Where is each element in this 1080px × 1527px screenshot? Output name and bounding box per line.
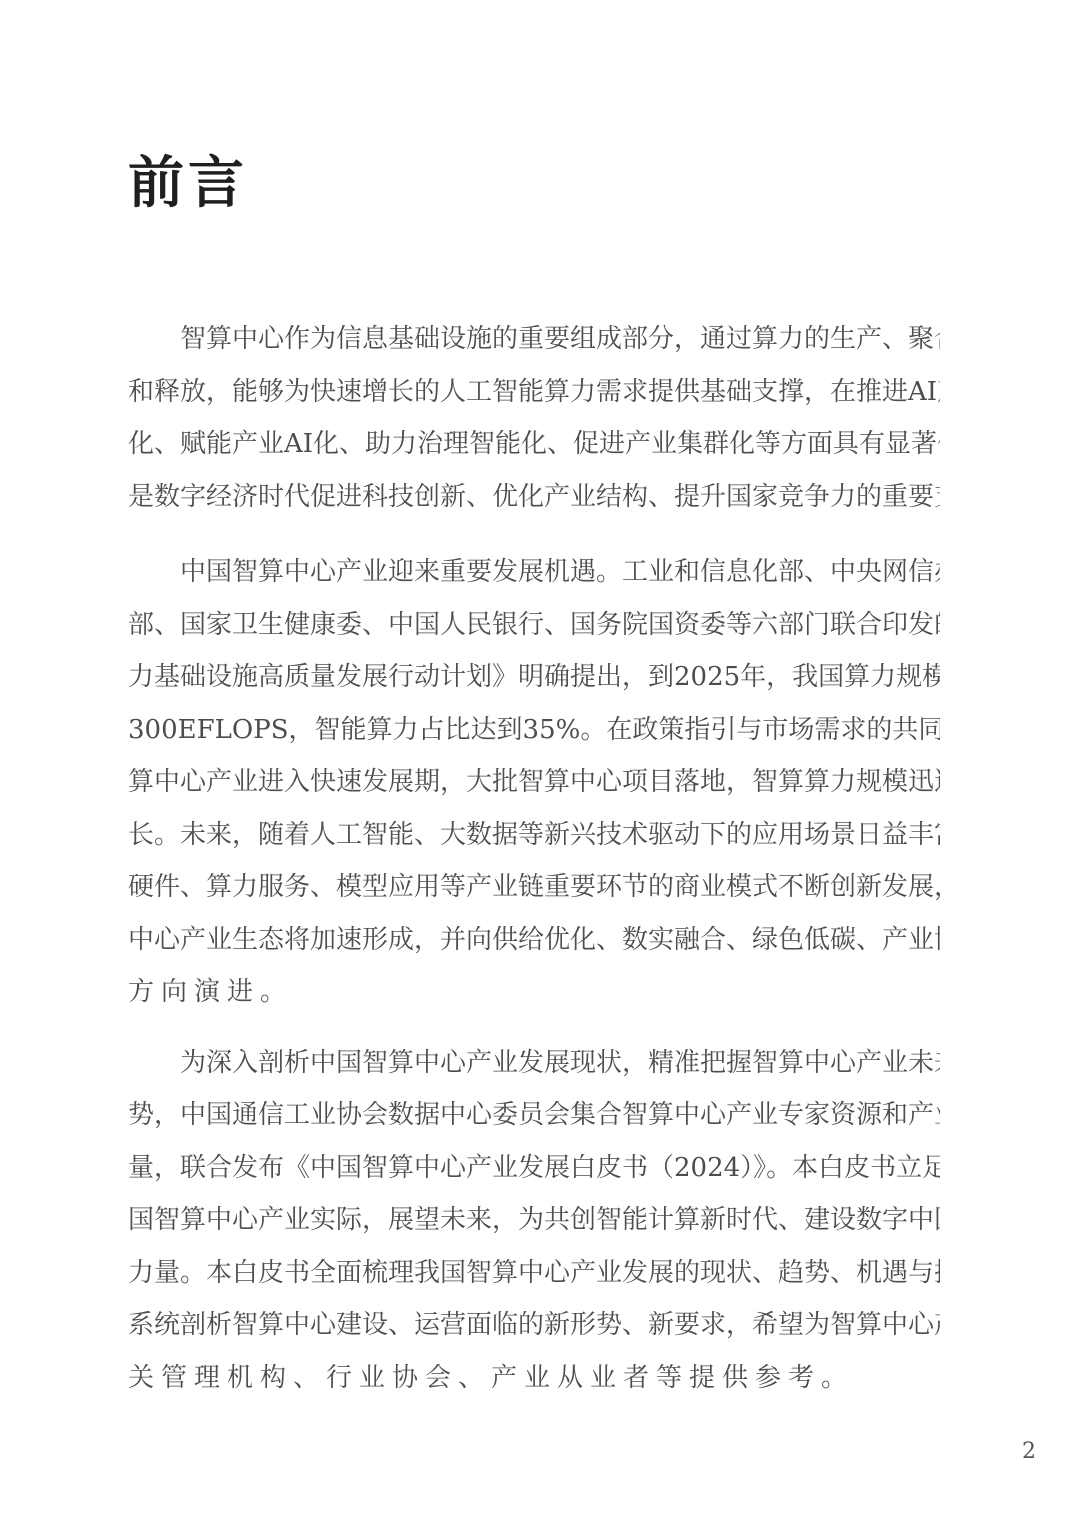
text-line: 长。未来，随着人工智能、大数据等新兴技术驱动下的应用场景日益丰富，AI	[128, 809, 940, 862]
text-line: 硬件、算力服务、模型应用等产业链重要环节的商业模式不断创新发展，智算	[128, 861, 940, 914]
text-line: 化、赋能产业AI化、助力治理智能化、促进产业集群化等方面具有显著作用，	[128, 418, 940, 471]
text-line: 国智算中心产业实际，展望未来，为共创智能计算新时代、建设数字中国贡献	[128, 1194, 940, 1247]
text-line: 势，中国通信工业协会数据中心委员会集合智算中心产业专家资源和产业链力	[128, 1089, 940, 1142]
text-line: 部、国家卫生健康委、中国人民银行、国务院国资委等六部门联合印发的《算	[128, 599, 940, 652]
text-line: 是数字经济时代促进科技创新、优化产业结构、提升国家竞争力的重要支撑。	[128, 471, 940, 524]
text-line: 中国智算中心产业迎来重要发展机遇。工业和信息化部、中央网信办、教育	[128, 546, 940, 599]
text-line: 系统剖析智算中心建设、运营面临的新形势、新要求，希望为智算中心产业相	[128, 1299, 940, 1352]
text-line: 算中心产业进入快速发展期，大批智算中心项目落地，智算算力规模迅速增	[128, 756, 940, 809]
paragraph: 中国智算中心产业迎来重要发展机遇。工业和信息化部、中央网信办、教育 部、国家卫生…	[128, 546, 940, 1019]
page-number: 2	[1022, 1440, 1036, 1464]
text-line: 300EFLOPS，智能算力占比达到35%。在政策指引与市场需求的共同推动下，智	[128, 704, 940, 757]
page-content: 前言 智算中心作为信息基础设施的重要组成部分，通过算力的生产、聚合、调度 和释放…	[128, 152, 940, 1404]
paragraph: 智算中心作为信息基础设施的重要组成部分，通过算力的生产、聚合、调度 和释放，能够…	[128, 313, 940, 523]
text-line: 智算中心作为信息基础设施的重要组成部分，通过算力的生产、聚合、调度	[128, 313, 940, 366]
document-page: 前言 智算中心作为信息基础设施的重要组成部分，通过算力的生产、聚合、调度 和释放…	[0, 0, 1080, 1527]
text-line: 和释放，能够为快速增长的人工智能算力需求提供基础支撑，在推进AI产业	[128, 366, 940, 419]
text-line: 关管理机构、行业协会、产业从业者等提供参考。	[128, 1352, 940, 1405]
paragraph: 为深入剖析中国智算中心产业发展现状，精准把握智算中心产业未来发展态 势，中国通信…	[128, 1037, 940, 1405]
text-line: 力基础设施高质量发展行动计划》明确提出，到2025年，我国算力规模超过	[128, 651, 940, 704]
text-line: 量，联合发布《中国智算中心产业发展白皮书（2024）》。本白皮书立足于我	[128, 1142, 940, 1195]
page-title: 前言	[128, 152, 940, 216]
text-line: 力量。本白皮书全面梳理我国智算中心产业发展的现状、趋势、机遇与挑战，	[128, 1247, 940, 1300]
text-line: 方向演进。	[128, 966, 940, 1019]
text-line: 中心产业生态将加速形成，并向供给优化、数实融合、绿色低碳、产业协同等	[128, 914, 940, 967]
text-line: 为深入剖析中国智算中心产业发展现状，精准把握智算中心产业未来发展态	[128, 1037, 940, 1090]
